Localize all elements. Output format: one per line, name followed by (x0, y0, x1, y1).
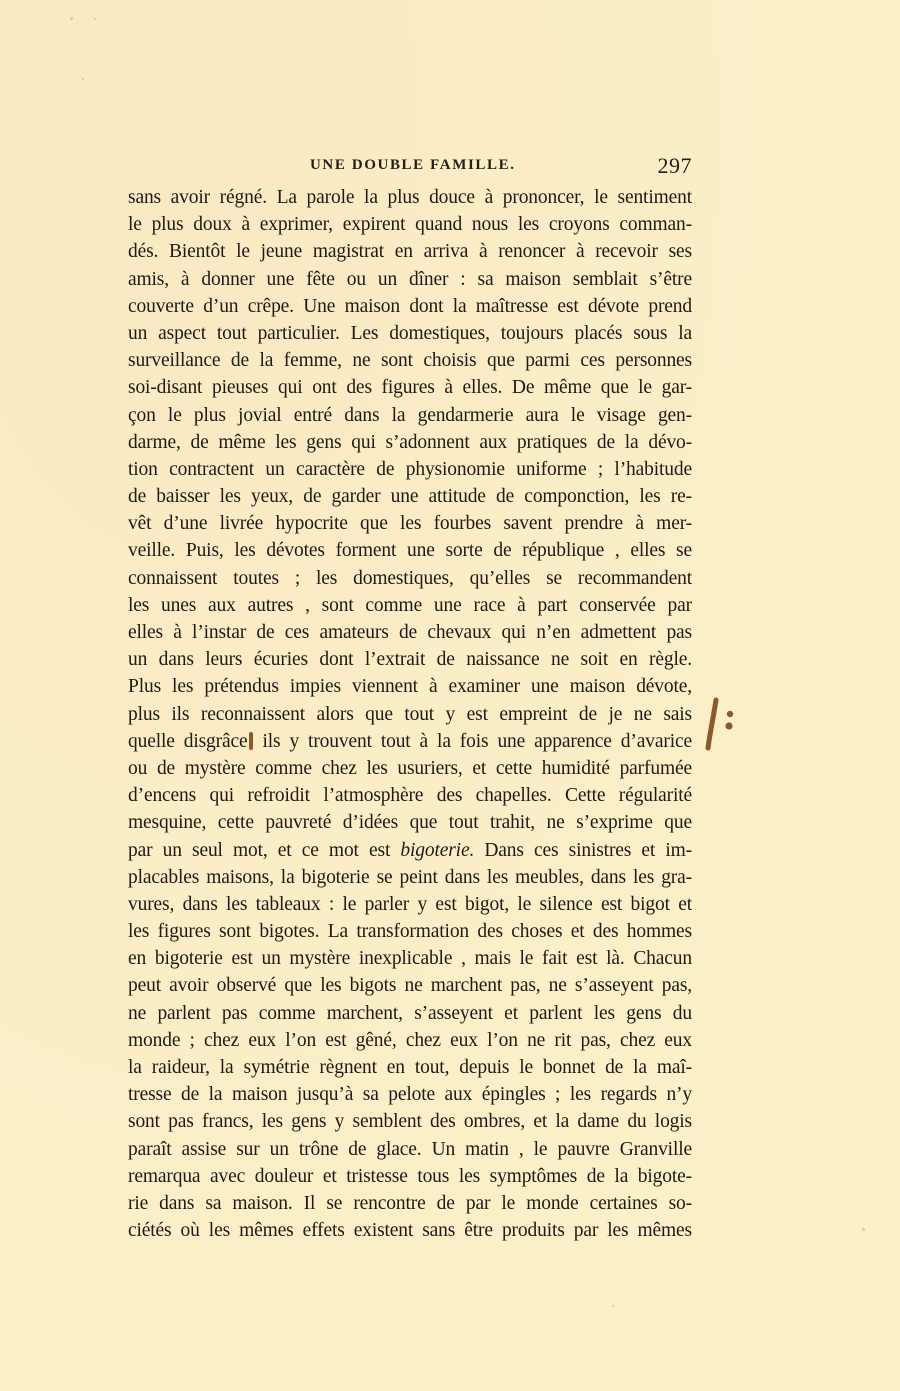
text-line: rie dans sa maison. Il se rencontre de p… (128, 1190, 692, 1217)
text-line: ou de mystère comme chez les usuriers, e… (128, 755, 692, 782)
page-number: 297 (658, 153, 693, 179)
paper-speck (612, 1305, 614, 1307)
text-line: ciétés où les mêmes effets existent sans… (128, 1217, 692, 1244)
text-line-with-correction: quelle disgrâce ils y trouvent tout à la… (128, 728, 692, 755)
italic-term: bigoterie. (400, 840, 474, 861)
text-line-with-italic: par un seul mot, et ce mot est bigoterie… (128, 837, 692, 864)
text-line: un aspect tout particulier. Les domestiq… (128, 320, 692, 347)
text-line: vures, dans les tableaux : le parler y e… (128, 891, 692, 918)
margin-correction-mark-icon (704, 694, 740, 754)
text-line: amis, à donner une fête ou un dîner : sa… (128, 266, 692, 293)
paper-speck (862, 1228, 865, 1231)
text-line: remarqua avec douleur et tristesse tous … (128, 1163, 692, 1190)
text-line: monde ; chez eux l’on est gêné, chez eux… (128, 1027, 692, 1054)
text-line: couverte d’un crêpe. Une maison dont la … (128, 293, 692, 320)
text-line: çon le plus jovial entré dans la gendarm… (128, 402, 692, 429)
running-title: UNE DOUBLE FAMILLE. (310, 157, 516, 174)
text-line: sans avoir régné. La parole la plus douc… (128, 184, 692, 211)
text-segment: Dans ces sinistres et im- (484, 840, 692, 861)
paper-speck (70, 17, 73, 20)
running-head: UNE DOUBLE FAMILLE. 297 (128, 153, 692, 181)
text-line: les unes aux autres , sont comme une rac… (128, 592, 692, 619)
text-line: les figures sont bigotes. La transformat… (128, 918, 692, 945)
text-segment: quelle disgrâce (128, 731, 248, 752)
text-line: d’encens qui refroidit l’atmosphère des … (128, 782, 692, 809)
text-line: elles à l’instar de ces amateurs de chev… (128, 619, 692, 646)
text-line: paraît assise sur un trône de glace. Un … (128, 1136, 692, 1163)
text-line: tresse de la maison jusqu’à sa pelote au… (128, 1081, 692, 1108)
text-line: sont pas francs, les gens y semblent des… (128, 1108, 692, 1135)
text-line: surveillance de la femme, ne sont choisi… (128, 347, 692, 374)
text-line: connaissent toutes ; les domestiques, qu… (128, 565, 692, 592)
text-line: de baisser les yeux, de garder une attit… (128, 483, 692, 510)
body-text: sans avoir régné. La parole la plus douc… (128, 184, 692, 1244)
text-segment: par un seul mot, et ce mot est (128, 840, 390, 861)
text-line: vêt d’une livrée hypocrite que les fourb… (128, 510, 692, 537)
text-line: veille. Puis, les dévotes forment une so… (128, 537, 692, 564)
text-line: la raideur, la symétrie règnent en tout,… (128, 1054, 692, 1081)
text-line: plus ils reconnaissent alors que tout y … (128, 701, 692, 728)
text-line: soi-disant pieuses qui ont des figures à… (128, 374, 692, 401)
paper-speck (82, 78, 84, 80)
book-page: UNE DOUBLE FAMILLE. 297 sans avoir régné… (0, 0, 900, 1391)
text-line: placables maisons, la bigoterie se peint… (128, 864, 692, 891)
text-segment: ils y trouvent tout à la fois une appare… (263, 731, 692, 752)
text-line: le plus doux à exprimer, expirent quand … (128, 211, 692, 238)
correction-mark-inline (249, 732, 253, 750)
text-line: un dans leurs écuries dont l’extrait de … (128, 646, 692, 673)
paper-speck (94, 18, 96, 20)
text-line: peut avoir observé que les bigots ne mar… (128, 972, 692, 999)
text-line: ne parlent pas comme marchent, s’asseyen… (128, 1000, 692, 1027)
text-line: darme, de même les gens qui s’adonnent a… (128, 429, 692, 456)
text-line: tion contractent un caractère de physion… (128, 456, 692, 483)
text-line: Plus les prétendus impies viennent à exa… (128, 673, 692, 700)
text-line: mesquine, cette pauvreté d’idées que tou… (128, 809, 692, 836)
text-line: dés. Bientôt le jeune magistrat en arriv… (128, 238, 692, 265)
text-line: en bigoterie est un mystère inexplicable… (128, 945, 692, 972)
